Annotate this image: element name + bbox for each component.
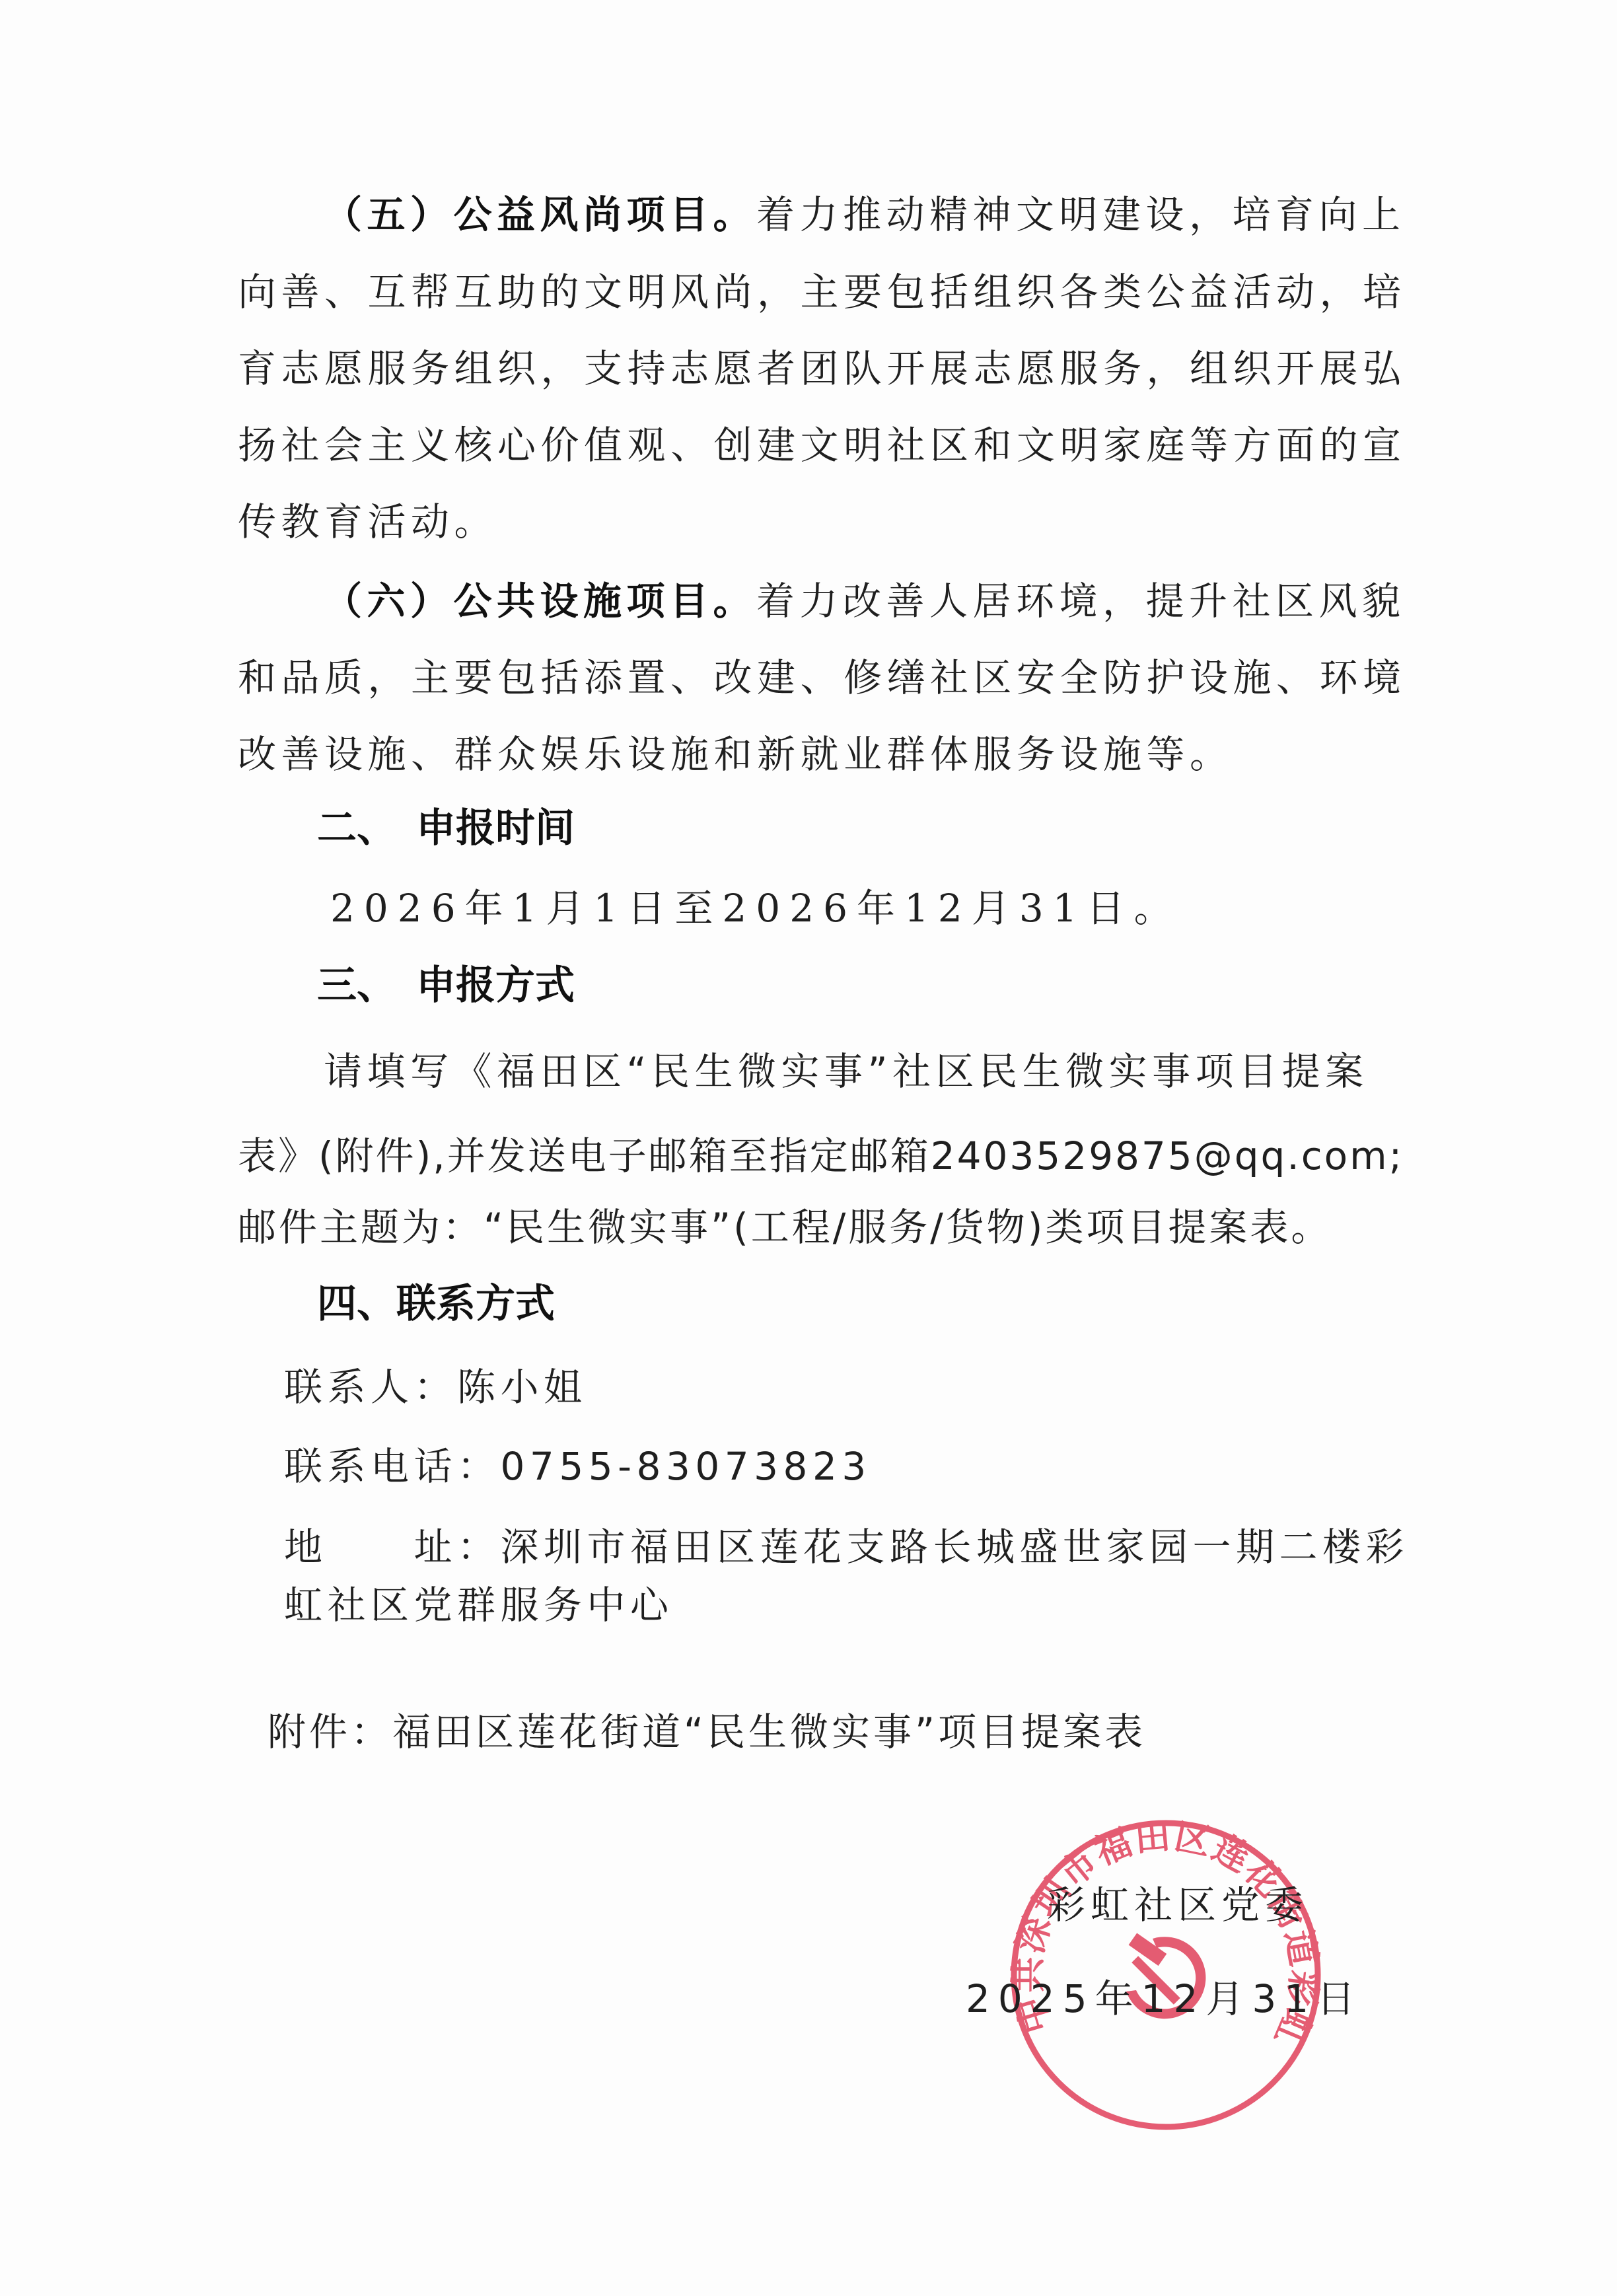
signature-date: 2025年12月31日 [966, 1972, 1363, 2025]
contact-person: 陈小姐 [457, 1365, 587, 1410]
heading3-title: 申报方式 [416, 962, 575, 1009]
contact-address-label: 地 址： [284, 1525, 501, 1569]
heading3-number: 三、 [317, 959, 416, 1012]
contact-phone-line: 联系电话：0755-83073823 [284, 1440, 871, 1493]
section6-line-3: 改善设施、群众娱乐设施和新就业群体服务设施等。 [238, 728, 1414, 781]
section6-line-1: （六）公共设施项目。着力改善人居环境，提升社区风貌 [324, 575, 1406, 628]
heading2-title: 申报时间 [416, 805, 575, 851]
document-page: （五）公益风尚项目。着力推动精神文明建设，培育向上 向善、互帮互助的文明风尚，主… [0, 0, 1617, 2296]
section6-line-2: 和品质，主要包括添置、改建、修缮社区安全防护设施、环境 [238, 651, 1414, 704]
contact-address-line-2: 虹社区党群服务中心 [284, 1579, 674, 1632]
contact-person-label: 联系人： [284, 1365, 457, 1410]
contact-phone: 0755-83073823 [501, 1444, 871, 1489]
section5-line-3: 育志愿服务组织，支持志愿者团队开展志愿服务，组织开展弘 [238, 342, 1414, 395]
method-line-2: 表》(附件),并发送电子邮箱至指定邮箱2403529875@qq.com; [238, 1130, 1414, 1182]
contact-phone-label: 联系电话： [284, 1444, 501, 1489]
application-period: 2026年1月1日至2026年12月31日。 [330, 882, 1182, 935]
contact-address-1: 深圳市福田区莲花支路长城盛世家园一期二楼彩 [501, 1525, 1410, 1569]
section6-lead: （六）公共设施项目。 [324, 579, 756, 624]
heading2-number: 二、 [317, 802, 416, 855]
method-line-3: 邮件主题为：“民生微实事”(工程/服务/货物)类项目提案表。 [238, 1201, 1414, 1254]
section5-lead: （五）公益风尚项目。 [324, 192, 756, 237]
section5-line-4: 扬社会主义核心价值观、创建文明社区和文明家庭等方面的宣 [238, 419, 1414, 472]
method-line-1: 请填写《福田区“民生微实事”社区民生微实事项目提案 [324, 1045, 1369, 1098]
contact-address-line-1: 地 址：深圳市福田区莲花支路长城盛世家园一期二楼彩 [284, 1521, 1409, 1573]
section5-text-1: 着力推动精神文明建设，培育向上 [756, 192, 1406, 237]
section5-line-2: 向善、互帮互助的文明风尚，主要包括组织各类公益活动，培 [238, 266, 1414, 318]
heading-application-method: 三、申报方式 [317, 959, 575, 1012]
contact-person-line: 联系人：陈小姐 [284, 1361, 587, 1414]
heading-application-period: 二、申报时间 [317, 802, 575, 855]
section6-text-1: 着力改善人居环境，提升社区风貌 [756, 579, 1406, 624]
signature-org: 彩虹社区党委 [1047, 1879, 1309, 1931]
attachment-link[interactable]: 附件：福田区莲花街道“民生微实事”项目提案表 [268, 1705, 1146, 1758]
section5-line-5: 传教育活动。 [238, 495, 1414, 548]
section5-line-1: （五）公益风尚项目。着力推动精神文明建设，培育向上 [324, 188, 1406, 241]
heading-contact: 四、联系方式 [317, 1277, 555, 1330]
